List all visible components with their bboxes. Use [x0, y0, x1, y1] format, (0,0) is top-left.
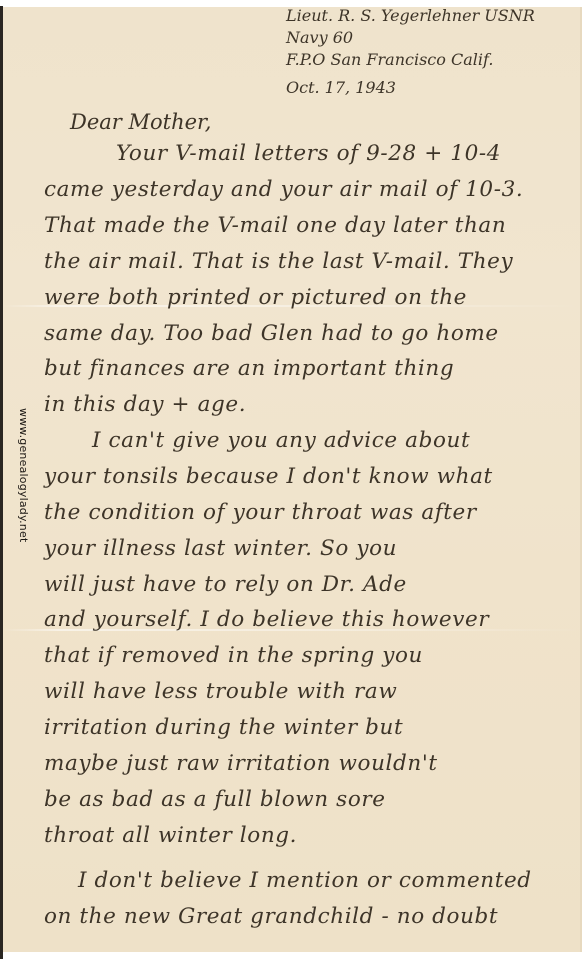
letter-line: Your V-mail letters of 9-28 + 10-4 [116, 141, 501, 166]
sender-name: Lieut. R. S. Yegerlehner USNR [286, 6, 535, 26]
letter-line: maybe just raw irritation wouldn't [44, 751, 438, 776]
letter-line: but finances are an important thing [44, 356, 454, 381]
letter-line: the condition of your throat was after [44, 500, 477, 525]
letter-line: That made the V-mail one day later than [44, 213, 506, 238]
letter-line: will just have to rely on Dr. Ade [44, 572, 407, 597]
letter-line: in this day + age. [44, 392, 246, 417]
letter-line: on the new Great grandchild - no doubt [44, 904, 498, 929]
letter-line: will have less trouble with raw [44, 679, 397, 704]
letter-line: be as bad as a full blown sore [44, 787, 386, 812]
sender-address-line: Navy 60 [286, 28, 353, 48]
letter-line: throat all winter long. [44, 823, 297, 848]
letter-line: came yesterday and your air mail of 10-3… [44, 177, 523, 202]
salutation: Dear Mother, [70, 110, 211, 134]
letter-line: your illness last winter. So you [44, 536, 397, 561]
letter-line: and yourself. I do believe this however [44, 607, 489, 632]
sender-address-line: F.P.O San Francisco Calif. [286, 50, 493, 70]
letter-line: the air mail. That is the last V-mail. T… [44, 249, 513, 274]
letter-line: I can't give you any advice about [92, 428, 470, 453]
letter-line: same day. Too bad Glen had to go home [44, 321, 499, 346]
watermark: www.genealogylady.net [10, 408, 30, 578]
letter-line: I don't believe I mention or commented [78, 868, 532, 893]
letter-line: that if removed in the spring you [44, 643, 423, 668]
scanned-letter: www.genealogylady.net Lieut. R. S. Yeger… [0, 0, 585, 959]
letter-line: were both printed or pictured on the [44, 285, 467, 310]
letter-line: your tonsils because I don't know what [44, 464, 493, 489]
letter-date: Oct. 17, 1943 [286, 78, 396, 98]
letter-line: irritation during the winter but [44, 715, 403, 740]
